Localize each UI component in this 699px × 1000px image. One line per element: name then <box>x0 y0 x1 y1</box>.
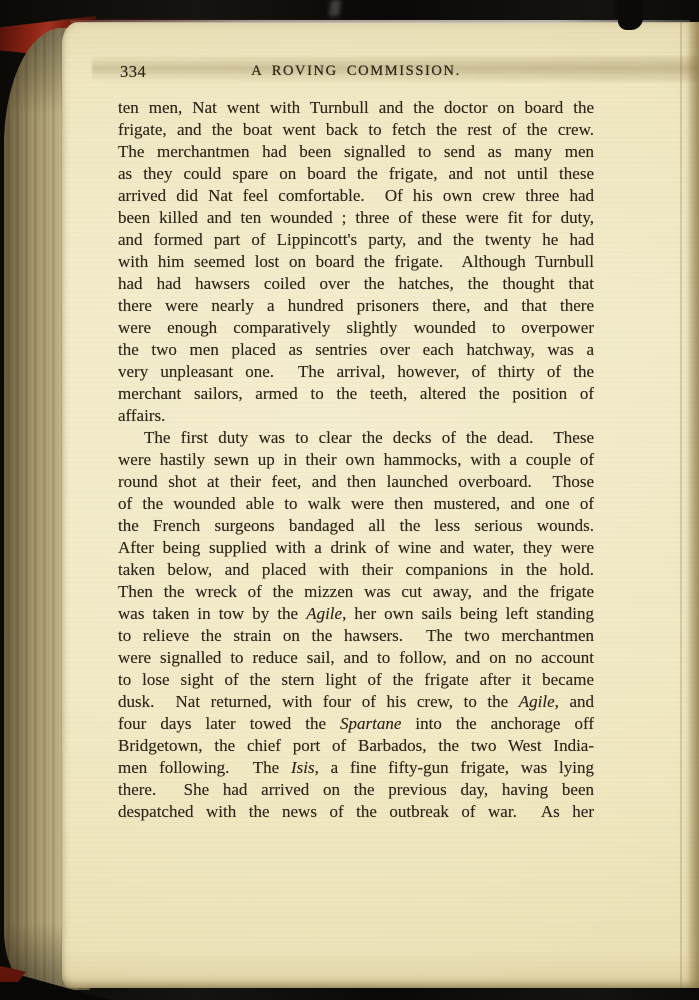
text-line: to lose sight of the stern light of the … <box>118 669 594 691</box>
page-header: 334 A ROVING COMMISSION. <box>118 62 594 82</box>
text-segment: , her own sails being left standing <box>342 604 594 623</box>
text-segment: After being supplied with a drink of win… <box>118 538 594 557</box>
text-segment: men following. The <box>118 758 291 777</box>
text-segment: had had hawsers coiled over the hatches,… <box>118 274 594 293</box>
text-segment: arrived did Nat feel comfortable. Of his… <box>118 186 594 205</box>
text-line: had had hawsers coiled over the hatches,… <box>118 273 594 295</box>
page-top-edge-highlight <box>70 20 690 23</box>
backdrop-streak <box>329 0 341 16</box>
text-segment: despatched with the news of the outbreak… <box>118 802 594 821</box>
text-segment: were enough comparatively slightly wound… <box>118 318 594 337</box>
text-segment: were hastily sewn up in their own hammoc… <box>118 450 594 469</box>
text-line: despatched with the news of the outbreak… <box>118 801 594 823</box>
text-line: After being supplied with a drink of win… <box>118 537 594 559</box>
text-segment: were signalled to reduce sail, and to fo… <box>118 648 594 667</box>
ship-name-italic: Spartane <box>340 714 401 733</box>
text-line: men following. The Isis, a fine fifty-gu… <box>118 757 594 779</box>
text-segment: four days later towed the <box>118 714 340 733</box>
text-line: taken below, and placed with their compa… <box>118 559 594 581</box>
text-line: very unpleasant one. The arrival, howeve… <box>118 361 594 383</box>
text-segment: ten men, Nat went with Turnbull and the … <box>118 98 594 117</box>
ship-name-italic: Agile <box>306 604 342 623</box>
text-segment: of the wounded able to walk were then mu… <box>118 494 594 513</box>
text-segment: there were nearly a hundred prisoners th… <box>118 296 594 315</box>
text-line: to relieve the strain on the hawsers. Th… <box>118 625 594 647</box>
text-line: round shot at their feet, and then launc… <box>118 471 594 493</box>
text-line: were signalled to reduce sail, and to fo… <box>118 647 594 669</box>
page-crease <box>680 22 682 988</box>
bookmark-shadow <box>618 0 643 30</box>
text-block: ten men, Nat went with Turnbull and the … <box>118 97 594 823</box>
text-line: four days later towed the Spartane into … <box>118 713 594 735</box>
text-segment: the two men placed as sentries over each… <box>118 340 594 359</box>
text-line: were hastily sewn up in their own hammoc… <box>118 449 594 471</box>
text-segment: The merchantmen had been signalled to se… <box>118 142 594 161</box>
text-segment: Then the wreck of the mizzen was cut awa… <box>118 582 594 601</box>
text-segment: dusk. Nat returned, with four of his cre… <box>118 692 519 711</box>
ship-name-italic: Isis <box>291 758 315 777</box>
text-line: affairs. <box>118 405 594 427</box>
text-segment: the French surgeons bandaged all the les… <box>118 516 594 535</box>
text-line: dusk. Nat returned, with four of his cre… <box>118 691 594 713</box>
page-right-edge <box>687 22 699 988</box>
text-line: with him seemed lost on board the frigat… <box>118 251 594 273</box>
text-line: there. She had arrived on the previous d… <box>118 779 594 801</box>
text-line: ten men, Nat went with Turnbull and the … <box>118 97 594 119</box>
text-segment: and formed part of Lippincott's party, a… <box>118 230 594 249</box>
text-line: the two men placed as sentries over each… <box>118 339 594 361</box>
text-segment: very unpleasant one. The arrival, howeve… <box>118 362 594 381</box>
text-segment: , a fine fifty-gun frigate, was lying <box>315 758 594 777</box>
text-segment: taken below, and placed with their compa… <box>118 560 594 579</box>
text-line: and formed part of Lippincott's party, a… <box>118 229 594 251</box>
text-segment: to lose sight of the stern light of the … <box>118 670 594 689</box>
text-segment: there. She had arrived on the previous d… <box>118 780 594 799</box>
text-segment: to relieve the strain on the hawsers. Th… <box>118 626 594 645</box>
text-segment: affairs. <box>118 406 165 425</box>
text-line: Then the wreck of the mizzen was cut awa… <box>118 581 594 603</box>
text-line: was taken in tow by the Agile, her own s… <box>118 603 594 625</box>
text-line: frigate, and the boat went back to fetch… <box>118 119 594 141</box>
text-segment: The first duty was to clear the decks of… <box>144 428 594 447</box>
text-segment: with him seemed lost on board the frigat… <box>118 252 594 271</box>
text-segment: was taken in tow by the <box>118 604 306 623</box>
text-line: of the wounded able to walk were then mu… <box>118 493 594 515</box>
text-line: were enough comparatively slightly wound… <box>118 317 594 339</box>
text-line: the French surgeons bandaged all the les… <box>118 515 594 537</box>
ship-name-italic: Agile <box>519 692 555 711</box>
text-segment: , and <box>555 692 594 711</box>
running-title: A ROVING COMMISSION. <box>118 63 594 80</box>
text-segment: as they could spare on board the frigate… <box>118 164 594 183</box>
text-line: Bridgetown, the chief port of Barbados, … <box>118 735 594 757</box>
text-segment: frigate, and the boat went back to fetch… <box>118 120 594 139</box>
text-segment: into the anchorage off <box>401 714 594 733</box>
text-line: merchant sailors, armed to the teeth, al… <box>118 383 594 405</box>
text-segment: Bridgetown, the chief port of Barbados, … <box>118 736 594 755</box>
text-segment: been killed and ten wounded ; three of t… <box>118 208 594 227</box>
text-line: The first duty was to clear the decks of… <box>118 427 594 449</box>
text-segment: merchant sailors, armed to the teeth, al… <box>118 384 594 403</box>
text-segment: round shot at their feet, and then launc… <box>118 472 594 491</box>
text-line: The merchantmen had been signalled to se… <box>118 141 594 163</box>
text-line: been killed and ten wounded ; three of t… <box>118 207 594 229</box>
text-line: arrived did Nat feel comfortable. Of his… <box>118 185 594 207</box>
scanned-book-photo: 334 A ROVING COMMISSION. ten men, Nat we… <box>0 0 699 1000</box>
text-line: there were nearly a hundred prisoners th… <box>118 295 594 317</box>
text-line: as they could spare on board the frigate… <box>118 163 594 185</box>
